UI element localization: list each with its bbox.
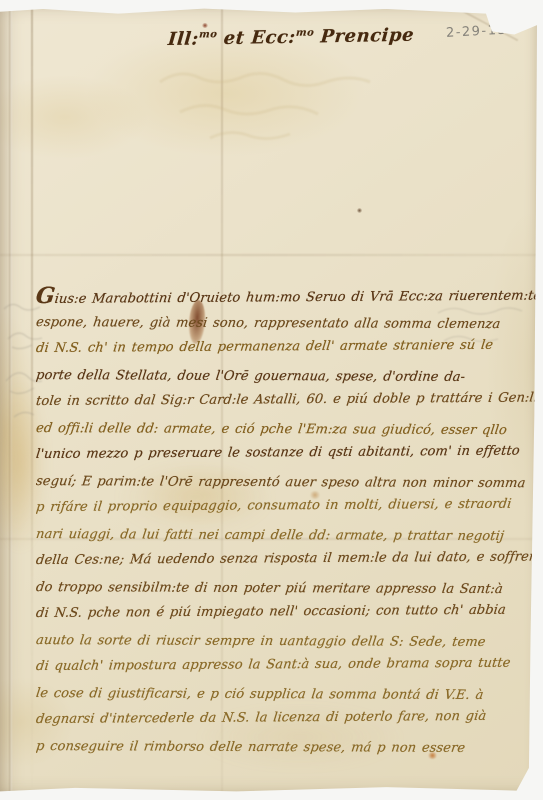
manuscript-line: p conseguire il rimborso delle narrate s…	[36, 734, 536, 763]
verso-showthrough-top	[150, 62, 420, 152]
stain-spot-top	[202, 23, 208, 28]
fold-crease-horizontal-upper	[0, 254, 537, 256]
salutation-superscript: mo	[295, 27, 314, 38]
manuscript-line: Gius:e Marabottini d'Oruieto hum:mo Seru…	[36, 283, 536, 309]
salutation-superscript: mo	[199, 29, 218, 40]
fold-crease-left	[9, 7, 12, 793]
stain-spot-right	[357, 208, 362, 213]
manuscript-line: di N.S. pche non é piú impiegato nell' o…	[36, 598, 536, 628]
salutation-part: et Ecc:	[216, 27, 296, 49]
manuscript-line: di qualch' impostura appresso la Sant:à …	[36, 651, 536, 681]
manuscript-line: di N.S. ch' in tempo della permanenza de…	[36, 333, 536, 363]
fold-crease-left-inner	[31, 7, 33, 793]
manuscript-line: degnarsi d'intercederle da N.S. la licen…	[36, 704, 536, 734]
manuscript-page: 2-29-134 Ill:mo et Ecc:mo Prencipe Gius:…	[0, 7, 537, 793]
manuscript-line: tole in scritto dal Sig:r Card:le Astall…	[36, 386, 536, 416]
salutation-part: Prencipe	[313, 25, 415, 48]
salutation-part: Ill:	[167, 28, 200, 50]
letter-body: Gius:e Marabottini d'Oruieto hum:mo Seru…	[36, 283, 536, 783]
scan-background: 2-29-134 Ill:mo et Ecc:mo Prencipe Gius:…	[0, 0, 543, 800]
archive-number: 2-29-134	[446, 22, 518, 41]
salutation: Ill:mo et Ecc:mo Prencipe	[167, 25, 399, 50]
manuscript-line: l'unico mezzo p preseruare le sostanze d…	[36, 439, 536, 469]
manuscript-line: p rifáre il proprio equipaggio, consumat…	[36, 492, 536, 522]
manuscript-line: della Ces:ne; Má uedendo senza risposta …	[36, 545, 536, 575]
